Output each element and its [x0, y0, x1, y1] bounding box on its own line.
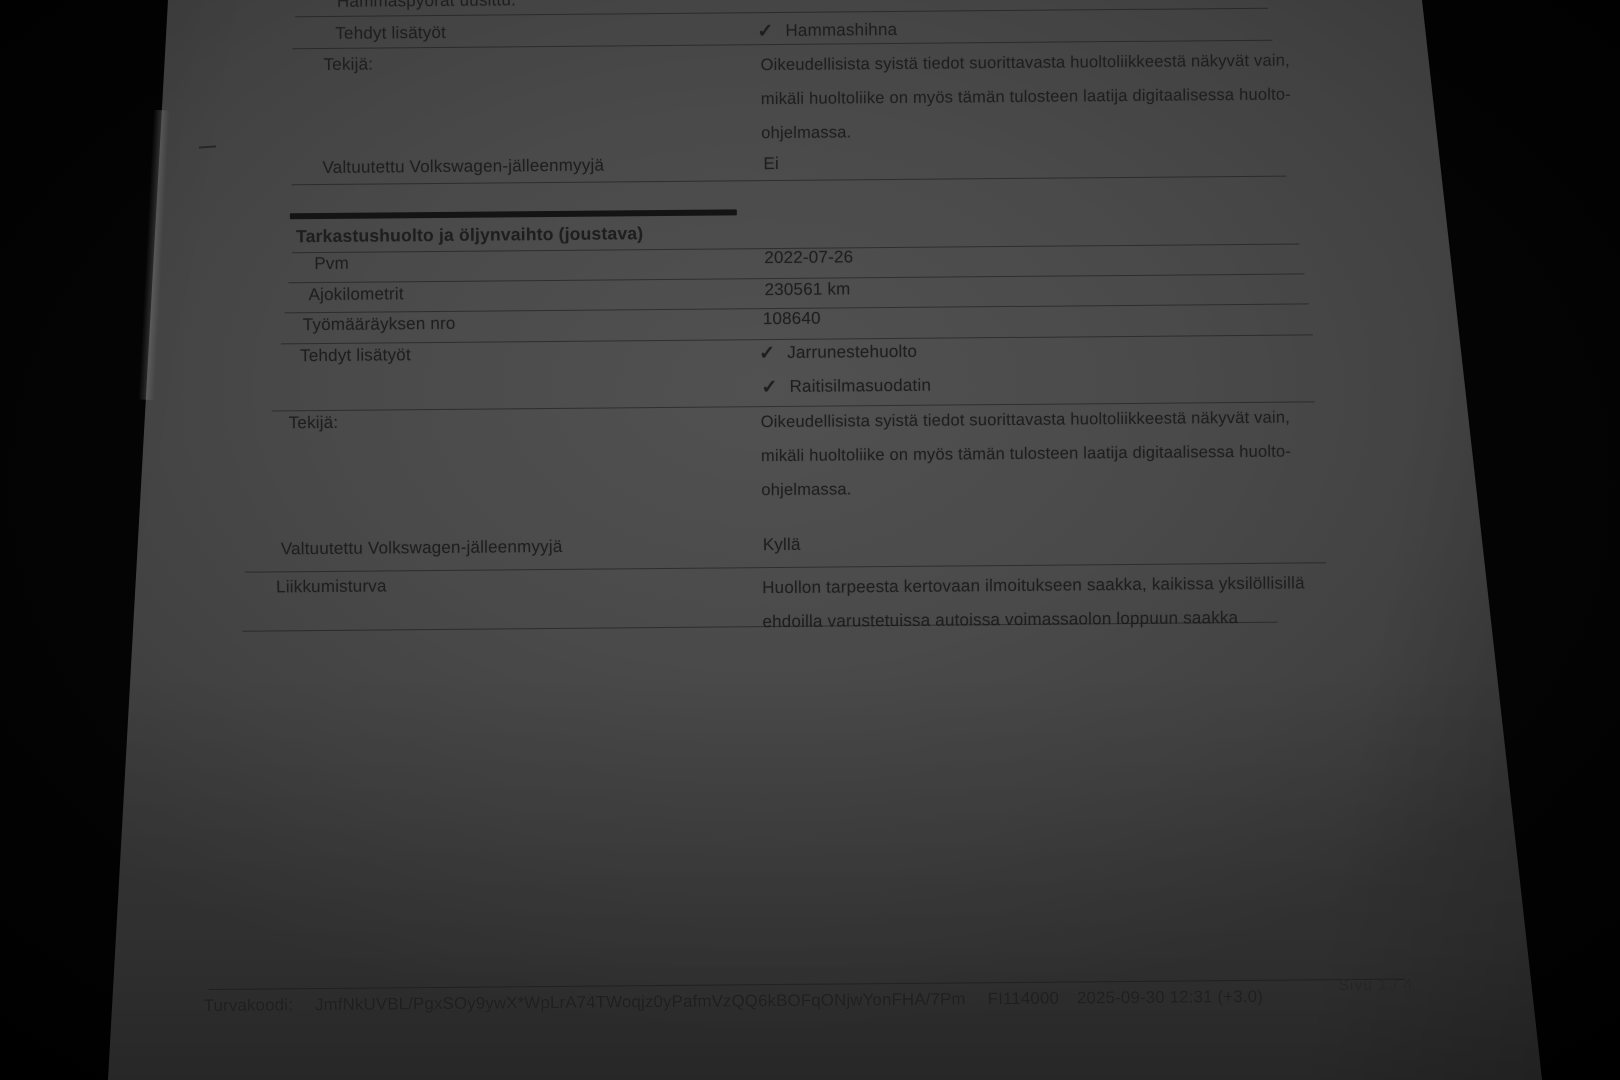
dealer-value: Kyllä: [763, 535, 801, 555]
check-icon: ✓: [761, 376, 777, 399]
author-note-line: mikäli huoltoliike on myös tämän tuloste…: [761, 435, 1291, 474]
mobility-value: Huollon tarpeesta kertovaan ilmoitukseen…: [762, 566, 1305, 639]
mobility-label: Liikkumisturva: [276, 576, 387, 597]
dealer-value: Ei: [763, 154, 779, 174]
author-note-line: Oikeudellisista syistä tiedot suorittava…: [761, 401, 1291, 440]
checked-item-label: Jarrunestehuolto: [787, 342, 917, 362]
author-note-line: ohjelmassa.: [761, 112, 1291, 151]
check-icon: ✓: [759, 342, 775, 365]
security-code-label: Turvakoodi:: [204, 995, 293, 1015]
date-label: Pvm: [314, 254, 349, 274]
dealer-label: Valtuutettu Volkswagen-jälleenmyyjä: [281, 537, 563, 559]
work-order-label: Työmääräyksen nro: [303, 314, 456, 335]
previous-entry-partial-line: Hammaspyörät uusittu.: [337, 0, 516, 12]
footer-line: Turvakoodi:JmfNkUVBL/PgxSOy9ywX*WpLrA74T…: [204, 987, 1263, 1016]
author-label: Tekijä:: [289, 413, 339, 433]
author-note-line: Oikeudellisista syistä tiedot suorittava…: [760, 44, 1290, 83]
mileage-label: Ajokilometrit: [308, 284, 403, 305]
checked-item: ✓Hammashihna: [757, 18, 897, 42]
work-order-value: 108640: [763, 309, 821, 330]
check-icon: ✓: [757, 20, 773, 43]
mobility-value-line: Huollon tarpeesta kertovaan ilmoitukseen…: [762, 566, 1305, 605]
author-note-line: mikäli huoltoliike on myös tämän tuloste…: [761, 78, 1291, 117]
checked-item: ✓Raitisilmasuodatin: [761, 374, 931, 398]
author-label: Tekijä:: [323, 55, 373, 75]
author-note: Oikeudellisista syistä tiedot suorittava…: [760, 44, 1291, 151]
page-indicator: Sivu 1 / 4: [1339, 976, 1414, 995]
photo-of-document: Hammaspyörät uusittu. Tehdyt lisätyöt ✓H…: [0, 0, 1620, 1080]
section-title: Tarkastushuolto ja öljynvaihto (joustava…: [296, 223, 643, 247]
security-code: JmfNkUVBL/PgxSOy9ywX*WpLrA74TWoqjz0yPafm…: [315, 989, 966, 1014]
document-content: Hammaspyörät uusittu. Tehdyt lisätyöt ✓H…: [0, 0, 1620, 1080]
author-note: Oikeudellisista syistä tiedot suorittava…: [761, 401, 1292, 508]
print-timestamp: 2025-09-30 12:31 (+3.0): [1077, 987, 1263, 1008]
author-note-line: ohjelmassa.: [761, 469, 1291, 508]
dealer-label: Valtuutettu Volkswagen-jälleenmyyjä: [322, 156, 604, 178]
checked-item-label: Raitisilmasuodatin: [789, 376, 931, 396]
date-value: 2022-07-26: [764, 247, 853, 268]
site-code: FI114000: [988, 989, 1059, 1009]
checked-item: ✓Jarrunestehuolto: [759, 340, 917, 364]
extra-work-label: Tehdyt lisätyöt: [335, 23, 446, 44]
mobility-value-line: ehdoilla varustetuissa autoissa voimassa…: [762, 600, 1305, 639]
mileage-value: 230561 km: [764, 279, 850, 300]
checked-item-label: Hammashihna: [785, 20, 897, 40]
rule-line: [292, 176, 1287, 186]
section-divider-bar: [290, 209, 737, 219]
extra-work-label: Tehdyt lisätyöt: [300, 345, 411, 366]
